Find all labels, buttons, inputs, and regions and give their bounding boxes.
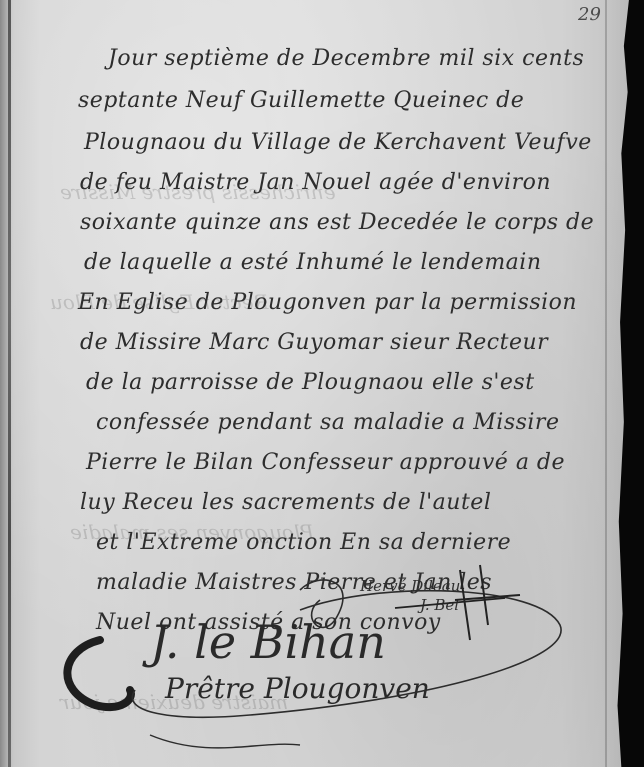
- record-line-11: Pierre le Bilan Confesseur approuvé a de: [86, 450, 565, 475]
- paper-sheet: enrichessis prestre Missire Rector Eglis…: [0, 0, 634, 767]
- scanned-register-page: enrichessis prestre Missire Rector Eglis…: [0, 0, 644, 767]
- page-number: 29: [578, 4, 601, 25]
- record-line-6: de laquelle a esté Inhumé le lendemain: [84, 250, 542, 275]
- binding-edge: [8, 0, 11, 767]
- record-line-10: confessée pendant sa maladie a Missire: [96, 410, 559, 435]
- record-line-4: de feu Maistre Jan Nouel agée d'environ: [80, 170, 551, 195]
- record-line-13: et l'Extreme onction En sa derniere: [96, 530, 511, 555]
- officiant-title: Prêtre Plougonven: [165, 672, 430, 705]
- witness-signature-2: J. Bel: [420, 596, 459, 614]
- record-line-12: luy Receu les sacrements de l'autel: [80, 490, 491, 515]
- record-line-5: soixante quinze ans est Decedée le corps…: [80, 210, 594, 235]
- witness-signature-1: Hervé Dileau: [360, 577, 460, 595]
- record-line-2: septante Neuf Guillemette Queinec de: [78, 88, 524, 113]
- record-line-7: En Eglise de Plougonven par la permissio…: [78, 290, 577, 315]
- record-line-9: de la parroisse de Plougnaou elle s'est: [86, 370, 535, 395]
- record-line-3: Plougnaou du Village de Kerchavent Veufv…: [84, 130, 592, 155]
- margin-rule: [605, 0, 607, 767]
- officiant-signature: J. le Bihan: [150, 615, 386, 669]
- record-line-8: de Missire Marc Guyomar sieur Recteur: [80, 330, 548, 355]
- binding-shadow: [0, 0, 8, 767]
- record-line-1: Jour septième de Decembre mil six cents: [108, 46, 584, 71]
